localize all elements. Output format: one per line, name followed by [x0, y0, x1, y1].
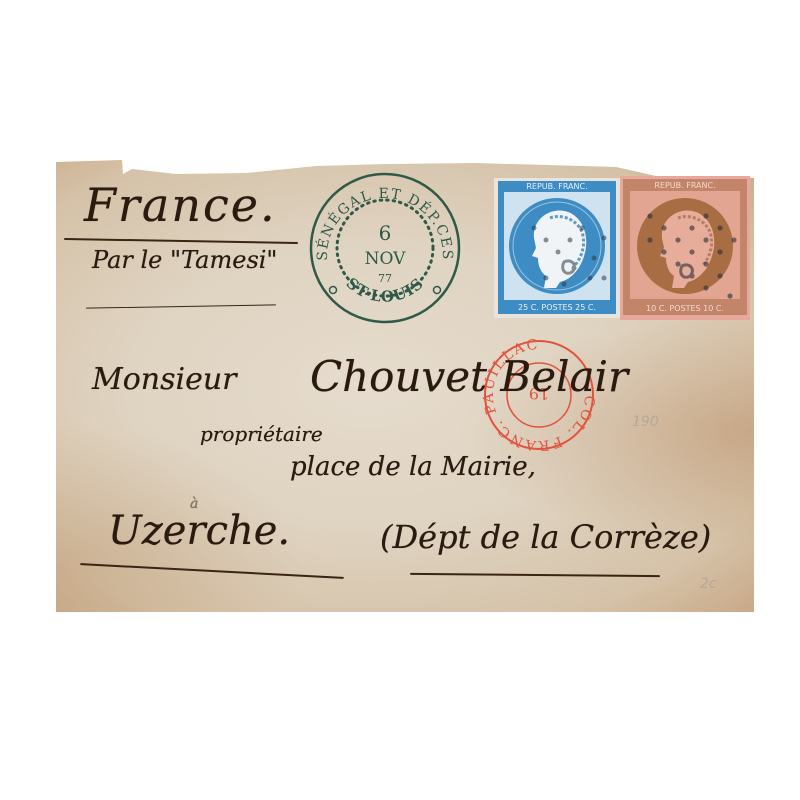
stamp-top-text: REPUB. FRANC. [526, 182, 587, 191]
stamp-10c-brown: REPUB. FRANC. 10 C. POSTES 10 C. [620, 176, 750, 320]
routing-text: Par le "Tamesi" [92, 246, 277, 274]
addressee-text: Chouvet Belair [310, 352, 628, 401]
stamp-bottom-text: 10 C. POSTES 10 C. [646, 304, 724, 313]
stamp-top-text: REPUB. FRANC. [654, 181, 715, 190]
postmark-month: NOV [365, 249, 407, 269]
stamp-25c-blue: REPUB. FRANC. 25 C. POSTES 25 C. [494, 178, 620, 318]
salutation-text: Monsieur [92, 362, 237, 397]
pencil-note: 2c [700, 576, 717, 592]
department-text: (Dépt de la Corrèze) [380, 518, 711, 556]
street-text: place de la Mairie, [290, 452, 536, 482]
postmark-year: 77 [378, 272, 392, 285]
occupation-text: propriétaire [200, 422, 323, 446]
stamp-bottom-text: 25 C. POSTES 25 C. [518, 303, 596, 312]
destination-country-text: France. [84, 178, 277, 232]
postmark-day: 6 [379, 221, 392, 245]
pencil-note: 190 [632, 414, 659, 430]
city-text: Uzerche. [108, 508, 290, 554]
senegal-postmark: SÉNÉGAL ET DÉP.CES ST-LOUIS 6 NOV 77 [305, 168, 465, 328]
